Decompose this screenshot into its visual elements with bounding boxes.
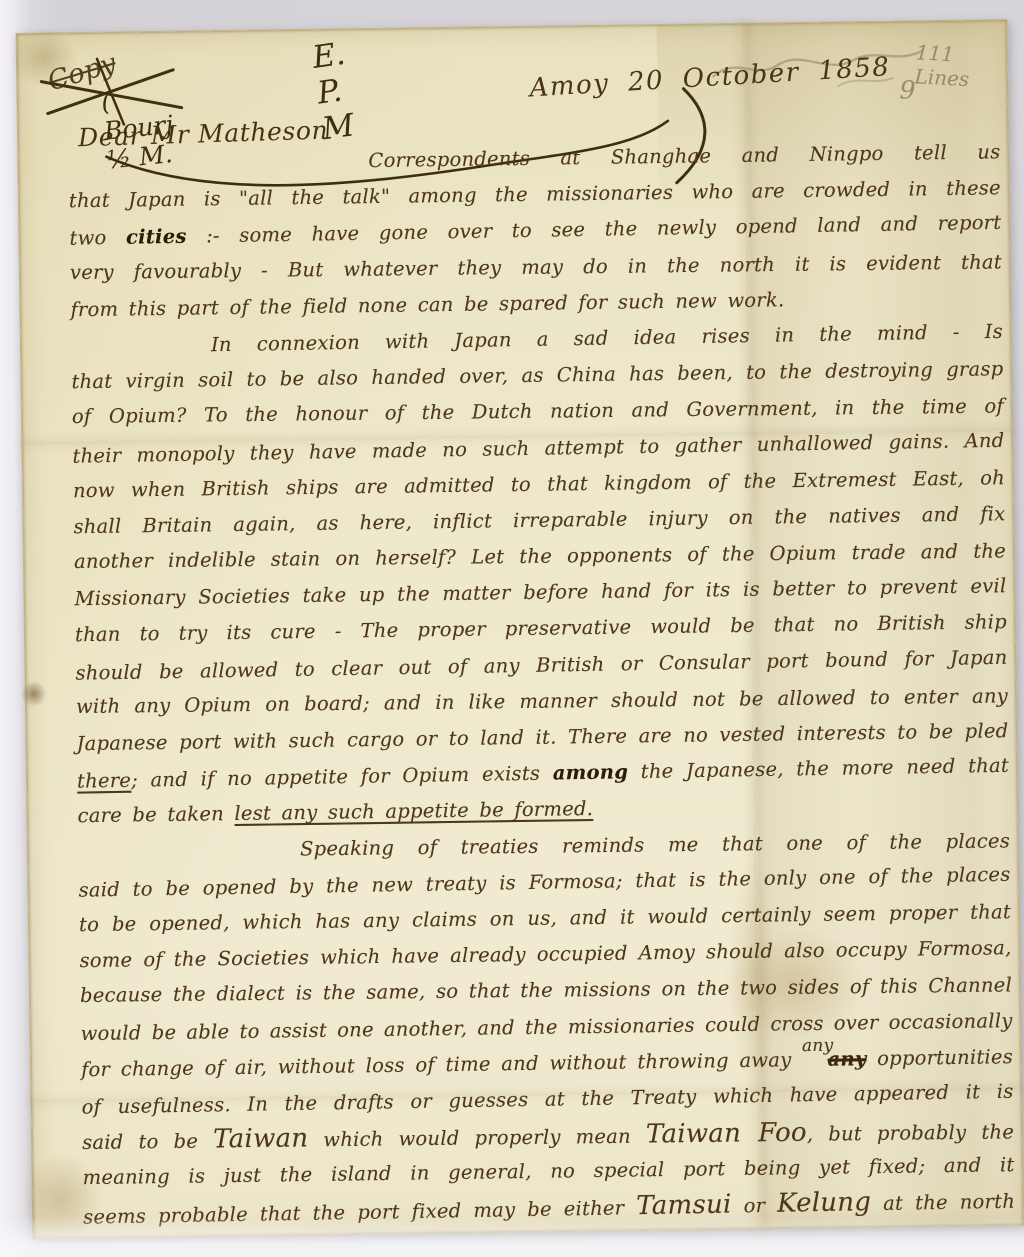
- underlined-phrase: lest any such appetite be formed.: [234, 797, 593, 825]
- letter-body: Correspondents at Shanghae and Ningpo te…: [68, 134, 1015, 1233]
- edge-spot-stain: [20, 682, 48, 706]
- place-name: Kelung: [777, 1188, 872, 1220]
- inserted-word-above: any: [802, 1035, 834, 1055]
- place-name: Tamsui: [636, 1190, 732, 1222]
- underlined-word: there: [77, 769, 131, 793]
- place-name: Taiwan: [213, 1123, 308, 1154]
- place-name: Taiwan Foo: [646, 1118, 807, 1150]
- photo-backdrop: Copy ( Bourj ½ M. E. P. M 111 Lines 9 Am…: [0, 0, 1024, 1257]
- emphasized-word: among: [553, 760, 629, 784]
- emphasized-word: cities: [126, 225, 187, 249]
- letter-sheet: Copy ( Bourj ½ M. E. P. M 111 Lines 9 Am…: [16, 19, 1024, 1240]
